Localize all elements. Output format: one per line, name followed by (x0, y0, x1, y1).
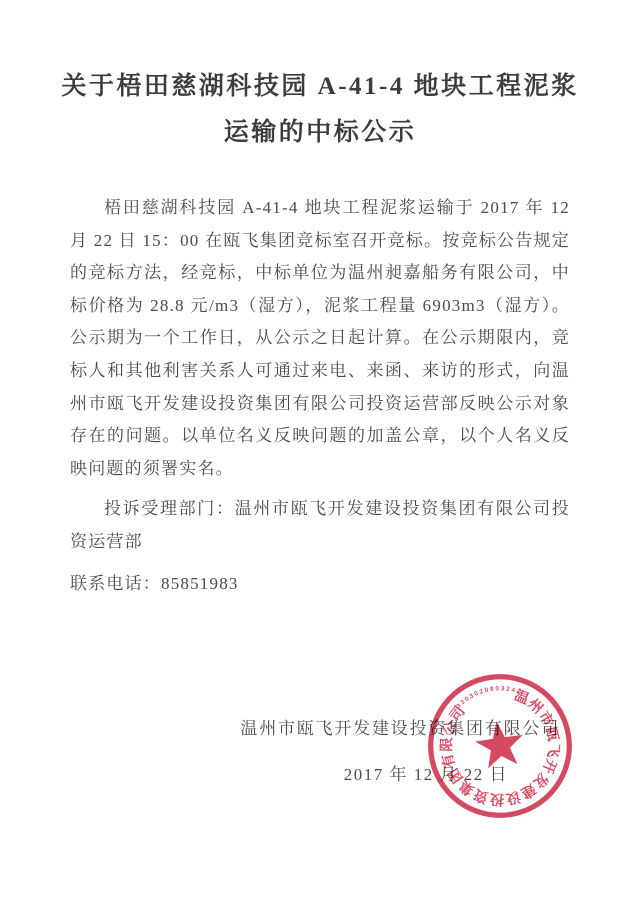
svg-text:资: 资 (471, 785, 491, 806)
signature-date: 2017 年 12 月 22 日 (70, 760, 508, 785)
title-line-2: 运输的中标公示 (0, 110, 640, 156)
body-paragraph: 梧田慈湖科技园 A-41-4 地块工程泥浆运输于 2017 年 12 月 22 … (70, 192, 570, 485)
svg-text:设: 设 (504, 788, 523, 808)
contact-phone-line: 联系电话：85851983 (70, 568, 570, 601)
document-body: 梧田慈湖科技园 A-41-4 地块工程泥浆运输于 2017 年 12 月 22 … (70, 192, 570, 785)
signature-block: 温州市瓯飞开发建设投资集团有限公司 2017 年 12 月 22 日 (70, 714, 570, 785)
title-line-1: 关于梧田慈湖科技园 A-41-4 地块工程泥浆 (0, 64, 640, 110)
signature-company: 温州市瓯飞开发建设投资集团有限公司 (70, 714, 560, 739)
document-page: 关于梧田慈湖科技园 A-41-4 地块工程泥浆 运输的中标公示 梧田慈湖科技园 … (0, 0, 640, 912)
complaint-department-paragraph: 投诉受理部门：温州市瓯飞开发建设投资集团有限公司投资运营部 (70, 493, 570, 558)
svg-text:投: 投 (489, 790, 505, 808)
document-title: 关于梧田慈湖科技园 A-41-4 地块工程泥浆 运输的中标公示 (0, 64, 640, 156)
